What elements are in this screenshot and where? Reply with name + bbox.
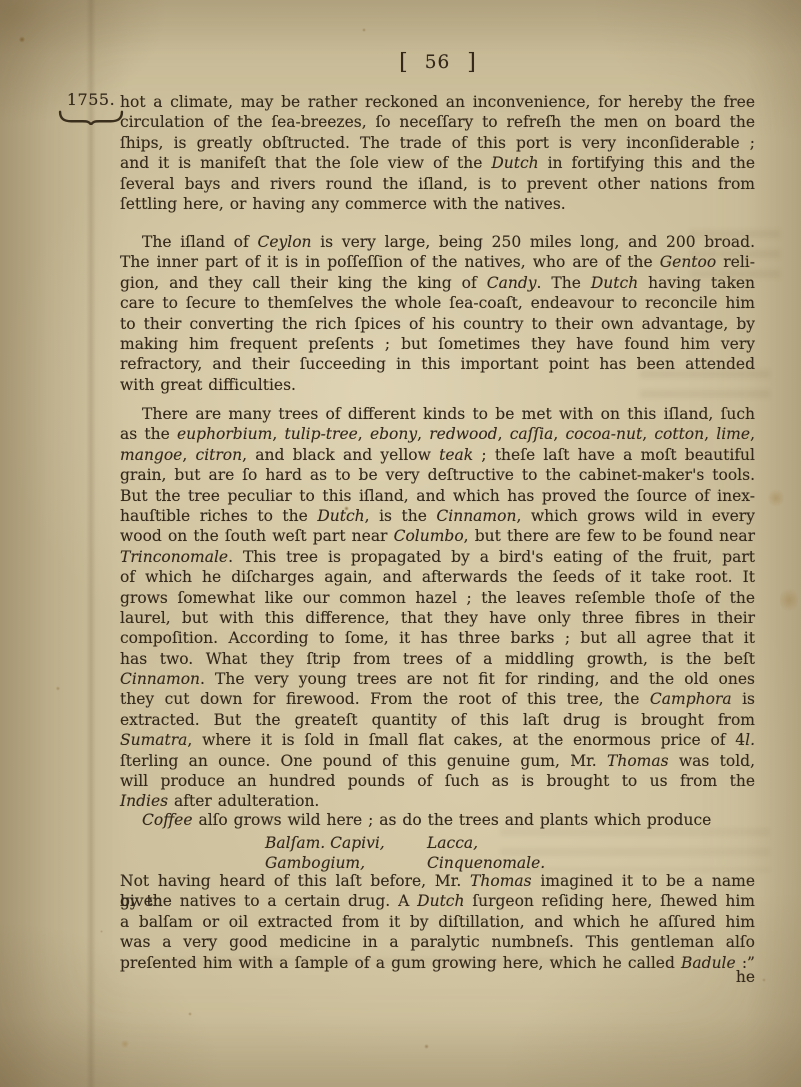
text-line: The iſland of Ceylon is very large, bein…	[120, 232, 755, 252]
text-line: There are many trees of different kinds …	[120, 404, 755, 424]
text-line: laurel, but with this difference, that t…	[120, 608, 755, 628]
text-line: refractory, and their ſucceeding in this…	[120, 354, 755, 374]
text-line: gion, and they call their king the king …	[120, 273, 755, 293]
text-line: Indies after adulteration.	[120, 791, 755, 811]
text-line: as the euphorbium, tulip-tree, ebony, re…	[120, 424, 755, 444]
paragraph-2: The iſland of Ceylon is very large, bein…	[120, 232, 755, 395]
catchword: he	[120, 968, 755, 986]
text-line: and it is manifeſt that the ſole view of…	[120, 153, 755, 173]
text-line: making him frequent preſents ; but ſomet…	[120, 334, 755, 354]
text-line: Sumatra, where it is ſold in ſmall flat …	[120, 730, 755, 750]
text-line: grain, but are ſo hard as to be very deſ…	[120, 465, 755, 485]
paragraph-1: hot a climate, may be rather reckoned an…	[120, 92, 755, 214]
text-line: to their converting the rich ſpices of h…	[120, 314, 755, 334]
text-line: wood on the ſouth weſt part near Columbo…	[120, 526, 755, 546]
book-page-scan: [56] 1755. hot a climate, may be rather …	[0, 0, 801, 1087]
text-line: Coffee alſo grows wild here ; as do the …	[120, 810, 755, 830]
product-list-row: Balſam. Capivi,Lacca,	[120, 833, 755, 853]
text-line: Cinnamon. The very young trees are not f…	[120, 669, 755, 689]
text-line: they cut down for firewood. From the roo…	[120, 689, 755, 709]
text-line: will produce an hundred pounds of ſuch a…	[120, 771, 755, 791]
text-line: by the natives to a certain drug. A Dutc…	[120, 891, 755, 911]
text-line: compoſition. According to ſome, it has t…	[120, 628, 755, 648]
text-line: care to ſecure to themſelves the whole ſ…	[120, 293, 755, 313]
text-line: mangoe, citron, and black and yellow tea…	[120, 445, 755, 465]
text-line: extracted. But the greateſt quantity of …	[120, 710, 755, 730]
text-line: grows ſomewhat like our common hazel ; t…	[120, 588, 755, 608]
text-line: But the tree peculiar to this iſland, an…	[120, 486, 755, 506]
text-line: was a very good medicine in a paralytic …	[120, 932, 755, 952]
text-line: The inner part of it is in poſſeſſion of…	[120, 252, 755, 272]
text-line: of which he diſcharges again, and afterw…	[120, 567, 755, 587]
text-line: hauſtible riches to the Dutch, is the Ci…	[120, 506, 755, 526]
product-name: Balſam. Capivi,	[265, 833, 385, 853]
text-line: circulation of the ſea-breezes, ſo neceſ…	[120, 112, 755, 132]
paragraph-badule: Not having heard of this laſt before, Mr…	[120, 871, 755, 973]
text-line: ſeveral bays and rivers round the iſland…	[120, 174, 755, 194]
product-name: Lacca,	[427, 833, 478, 853]
text-line: ſhips, is greatly obſtructed. The trade …	[120, 133, 755, 153]
text-line: Not having heard of this laſt before, Mr…	[120, 871, 755, 891]
products-list: Balſam. Capivi,Lacca,Gambogium,Cinquenom…	[120, 833, 755, 874]
text-line: ſettling here, or having any commerce wi…	[120, 194, 755, 214]
text-line: hot a climate, may be rather reckoned an…	[120, 92, 755, 112]
text-line: has two. What they ſtrip from trees of a…	[120, 649, 755, 669]
paragraph-coffee: Coffee alſo grows wild here ; as do the …	[120, 810, 755, 830]
paragraph-3: There are many trees of different kinds …	[120, 404, 755, 812]
page-text-block: hot a climate, may be rather reckoned an…	[0, 0, 801, 1087]
text-line: a balſam or oil extracted from it by diſ…	[120, 912, 755, 932]
text-line: with great difficulties.	[120, 375, 755, 395]
text-line: ſterling an ounce. One pound of this gen…	[120, 751, 755, 771]
text-line: Trinconomale. This tree is propagated by…	[120, 547, 755, 567]
